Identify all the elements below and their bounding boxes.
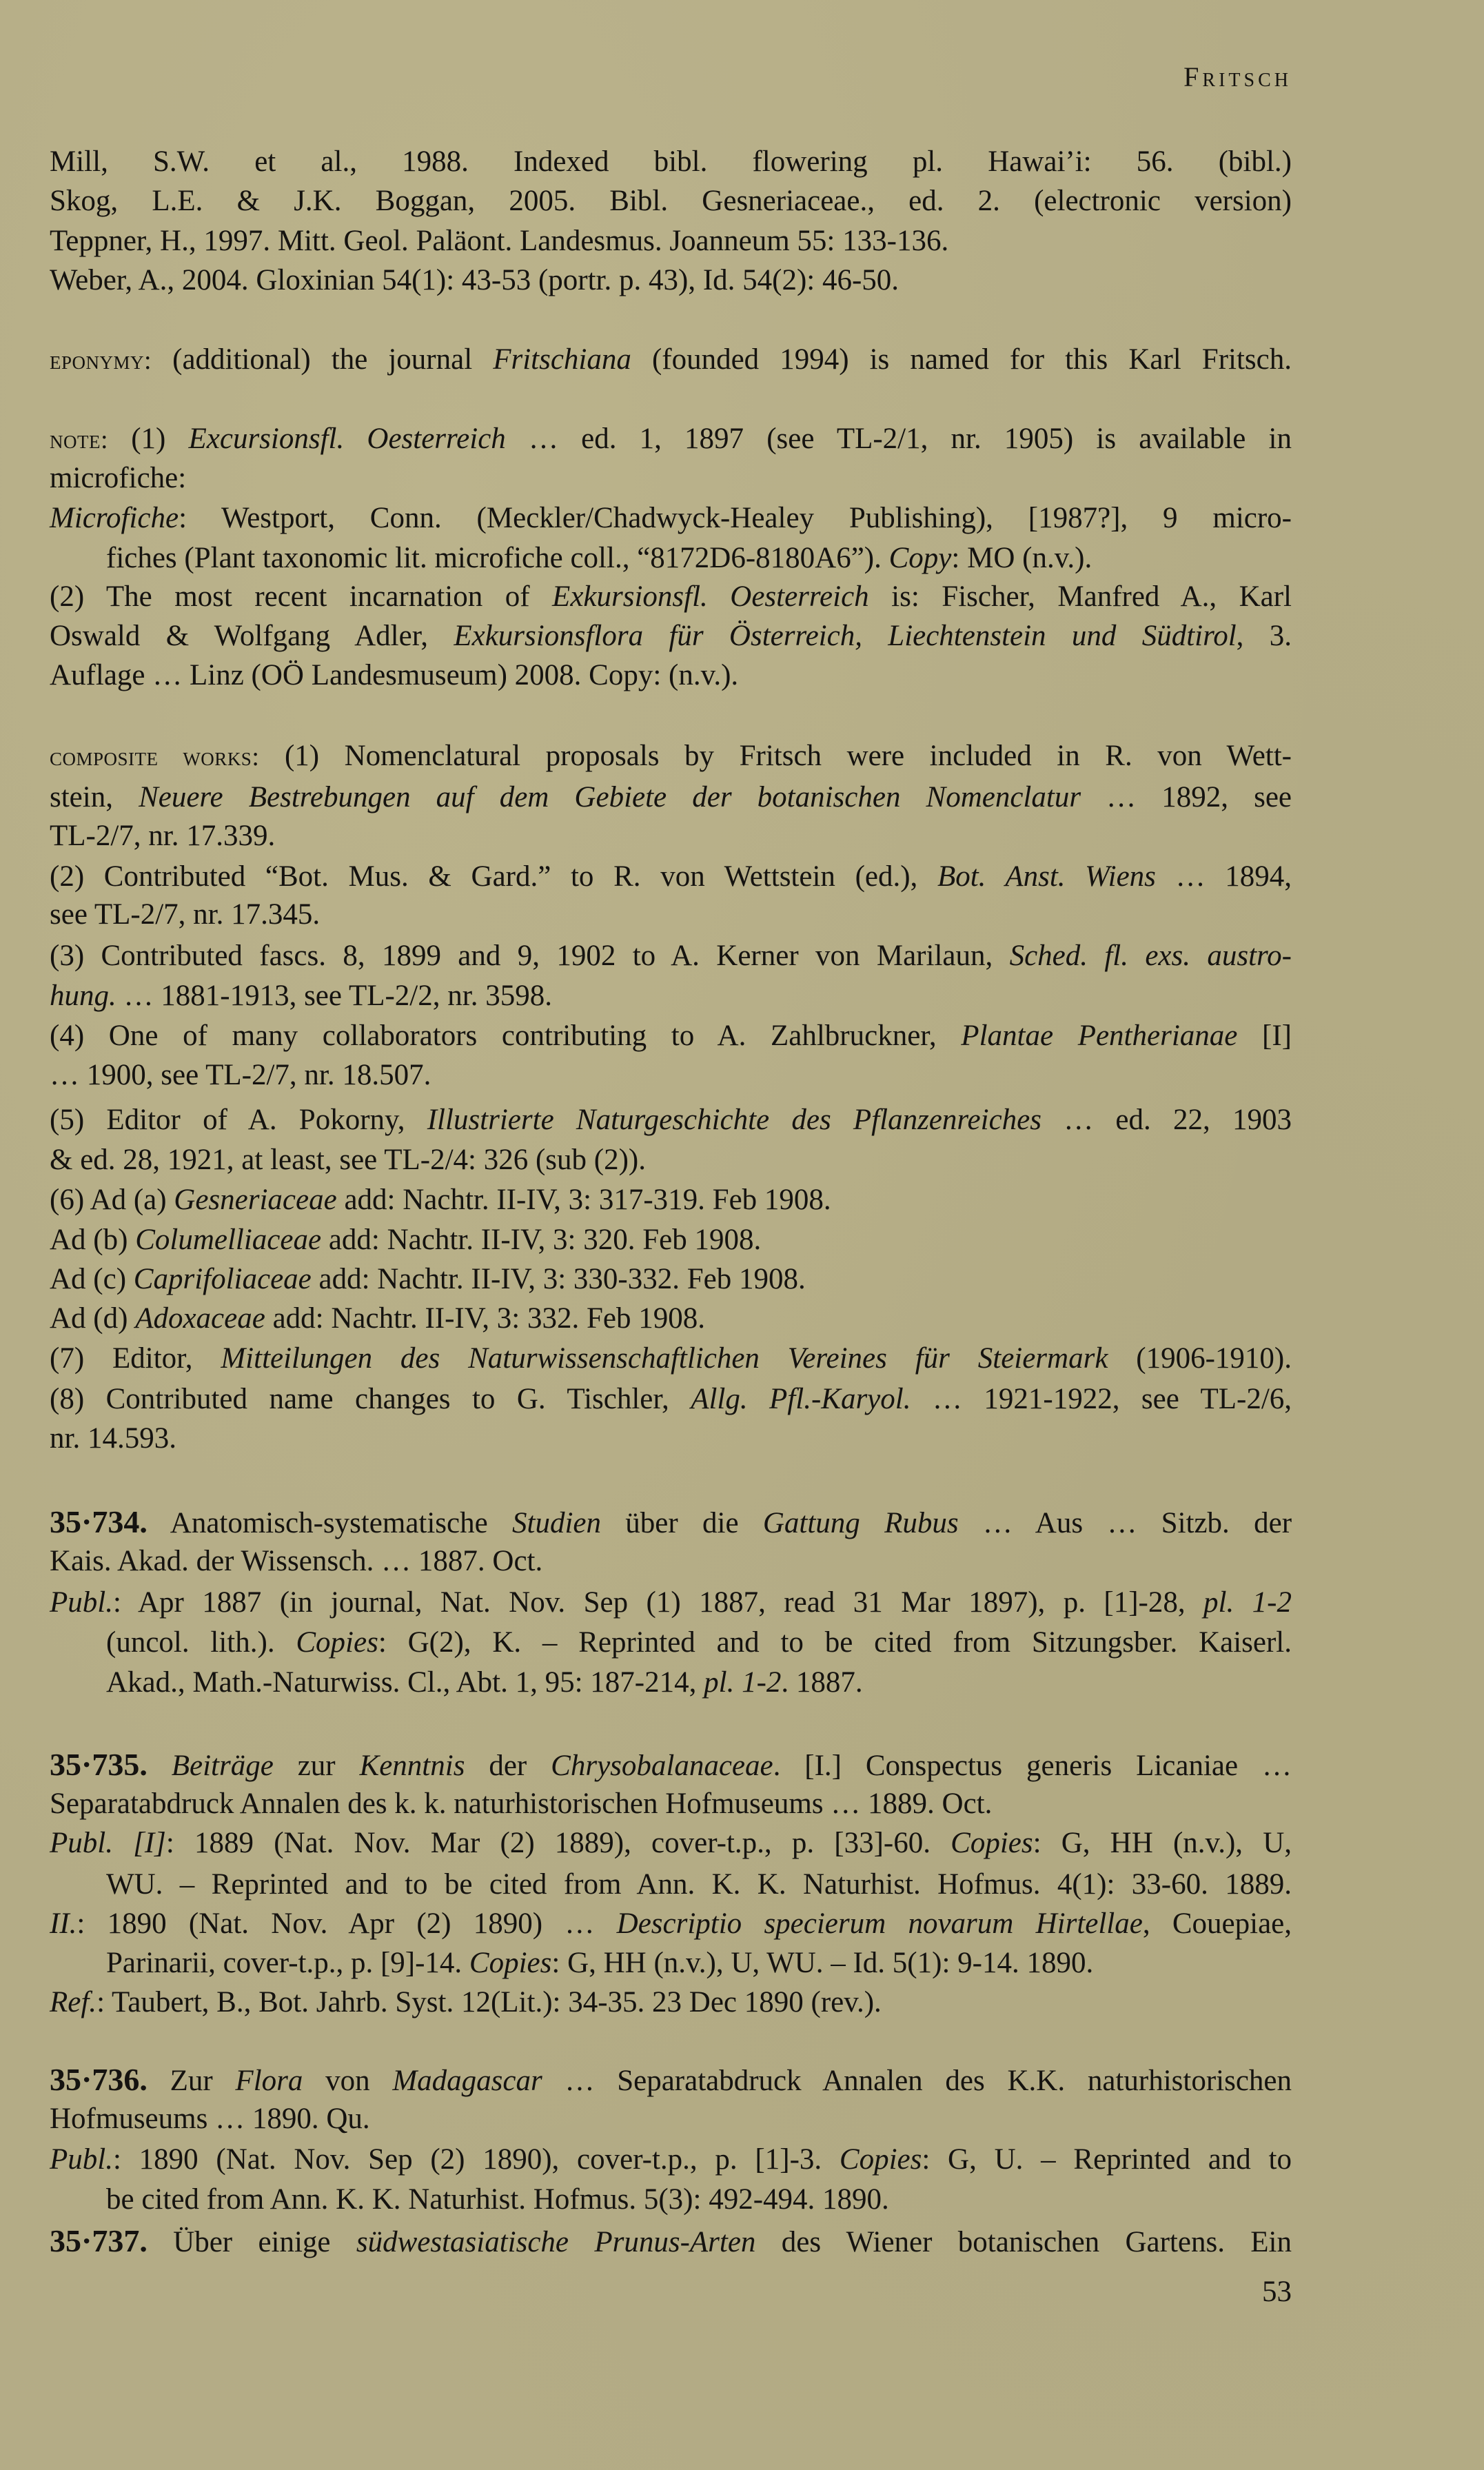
note-line: microfiche: (50, 458, 1292, 498)
composite-line: (2) Contributed “Bot. Mus. & Gard.” to R… (50, 857, 1292, 896)
note-line: note: (1) Excursionsfl. Oesterreich … ed… (50, 419, 1292, 460)
reference-line: Teppner, H., 1997. Mitt. Geol. Paläont. … (50, 221, 1292, 261)
composite-line: & ed. 28, 1921, at least, see TL-2/4: 32… (50, 1140, 1292, 1180)
entry-number: 35·735. (50, 1747, 148, 1782)
composite-line: (3) Contributed fascs. 8, 1899 and 9, 19… (50, 936, 1292, 975)
note-line: fiches (Plant taxonomic lit. microfiche … (106, 538, 1292, 578)
composite-line: Ad (d) Adoxaceae add: Nachtr. II-IV, 3: … (50, 1299, 1292, 1338)
entry-line: Kais. Akad. der Wissensch. … 1887. Oct. (50, 1541, 1292, 1581)
section-label: eponymy: (50, 346, 152, 375)
entry-35-736-title: 35·736. Zur Flora von Madagascar … Separ… (50, 2060, 1292, 2100)
page-number: 53 (1262, 2275, 1292, 2309)
composite-line: (5) Editor of A. Pokorny, Illustrierte N… (50, 1100, 1292, 1140)
reference-line: Mill, S.W. et al., 1988. Indexed bibl. f… (50, 142, 1292, 181)
composite-line: (6) Ad (a) Gesneriaceae add: Nachtr. II-… (50, 1180, 1292, 1219)
composite-line: (4) One of many collaborators contributi… (50, 1016, 1292, 1055)
entry-number: 35·734. (50, 1504, 148, 1539)
composite-line: (8) Contributed name changes to G. Tisch… (50, 1379, 1292, 1419)
entry-line: Separatabdruck Annalen des k. k. naturhi… (50, 1784, 1292, 1823)
entry-line: be cited from Ann. K. K. Naturhist. Hofm… (106, 2180, 1292, 2219)
composite-line: (7) Editor, Mitteilungen des Naturwissen… (50, 1339, 1292, 1378)
entry-line: Publ.: Apr 1887 (in journal, Nat. Nov. S… (50, 1583, 1292, 1622)
reference-line: Weber, A., 2004. Gloxinian 54(1): 43-53 … (50, 261, 1292, 300)
entry-line: Publ. [I]: 1889 (Nat. Nov. Mar (2) 1889)… (50, 1823, 1292, 1863)
entry-line: II.: 1890 (Nat. Nov. Apr (2) 1890) … Des… (50, 1904, 1292, 1943)
section-label: composite works: (50, 742, 259, 771)
book-page: Fritsch Mill, S.W. et al., 1988. Indexed… (50, 0, 1292, 2470)
note-line: Auflage … Linz (OÖ Landesmuseum) 2008. C… (50, 656, 1292, 695)
composite-line: see TL-2/7, nr. 17.345. (50, 895, 1292, 934)
note-line: (2) The most recent incarnation of Exkur… (50, 577, 1292, 616)
eponymy-paragraph: eponymy: (additional) the journal Fritsc… (50, 340, 1292, 381)
composite-line: nr. 14.593. (50, 1419, 1292, 1458)
running-head: Fritsch (1183, 61, 1292, 93)
entry-line: (uncol. lith.). Copies: G(2), K. – Repri… (106, 1623, 1292, 1662)
note-line: Microfiche: Westport, Conn. (Meckler/Cha… (50, 498, 1292, 538)
composite-line: … 1900, see TL-2/7, nr. 18.507. (50, 1055, 1292, 1095)
composite-line: TL-2/7, nr. 17.339. (50, 816, 1292, 856)
entry-number: 35·736. (50, 2062, 148, 2097)
entry-number: 35·737. (50, 2223, 148, 2258)
composite-line: hung. … 1881-1913, see TL-2/2, nr. 3598. (50, 976, 1292, 1015)
entry-line: Ref.: Taubert, B., Bot. Jahrb. Syst. 12(… (50, 1983, 1292, 2022)
note-line: Oswald & Wolfgang Adler, Exkursionsflora… (50, 616, 1292, 656)
section-label: note: (50, 425, 108, 454)
composite-line: Ad (b) Columelliaceae add: Nachtr. II-IV… (50, 1220, 1292, 1259)
entry-line: WU. – Reprinted and to be cited from Ann… (106, 1865, 1292, 1904)
composite-line: Ad (c) Caprifoliaceae add: Nachtr. II-IV… (50, 1259, 1292, 1299)
composite-line: stein, Neuere Bestrebungen auf dem Gebie… (50, 778, 1292, 817)
entry-line: Parinarii, cover-t.p., p. [9]-14. Copies… (106, 1943, 1292, 1983)
composite-line: composite works: (1) Nomenclatural propo… (50, 736, 1292, 777)
reference-line: Skog, L.E. & J.K. Boggan, 2005. Bibl. Ge… (50, 181, 1292, 221)
entry-35-735-title: 35·735. Beiträge zur Kenntnis der Chryso… (50, 1745, 1292, 1785)
entry-35-737-title: 35·737. Über einige südwestasiatische Pr… (50, 2221, 1292, 2262)
entry-line: Hofmuseums … 1890. Qu. (50, 2099, 1292, 2138)
entry-35-734-title: 35·734. Anatomisch-systematische Studien… (50, 1502, 1292, 1543)
entry-line: Akad., Math.-Naturwiss. Cl., Abt. 1, 95:… (106, 1663, 1292, 1702)
entry-line: Publ.: 1890 (Nat. Nov. Sep (2) 1890), co… (50, 2140, 1292, 2179)
